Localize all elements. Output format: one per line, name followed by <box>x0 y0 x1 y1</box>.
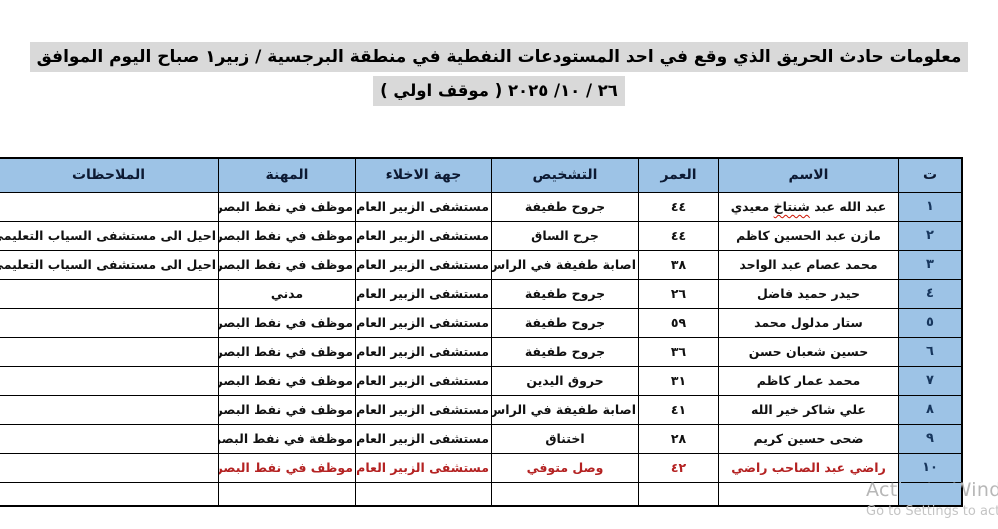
table-row-6: ٦حسين شعبان حسن٣٦جروح طفيفةمستشفى الزبير… <box>0 337 962 366</box>
title-line-2: ٢٦ / ١٠/ ٢٠٢٥ ( موقف اولي ) <box>373 76 625 106</box>
table-row-11 <box>0 482 962 506</box>
table-row-3: ٣محمد عصام عبد الواحد٣٨اصابة طفيفة في ال… <box>0 250 962 279</box>
cell-notes-row-2: احيل الى مستشفى السياب التعليمي <box>0 221 219 250</box>
cell-age-row-9: ٢٨ <box>639 424 719 453</box>
cell-age-row-11 <box>639 482 719 506</box>
column-header-diagnosis: التشخيص <box>492 158 639 192</box>
cell-diagnosis-row-6: جروح طفيفة <box>492 337 639 366</box>
cell-evacuation-row-2: مستشفى الزبير العام <box>356 221 492 250</box>
table-row-8: ٨علي شاكر خير الله٤١اصابة طفيفة في الراس… <box>0 395 962 424</box>
cell-diagnosis-row-11 <box>492 482 639 506</box>
cell-diagnosis-row-7: حروق اليدين <box>492 366 639 395</box>
cell-notes-row-4 <box>0 279 219 308</box>
cell-diagnosis-row-4: جروح طفيفة <box>492 279 639 308</box>
table-row-10: ١٠راضي عبد الصاحب راضي٤٢وصل متوفيمستشفى … <box>0 453 962 482</box>
table-row-2: ٢مازن عبد الحسين كاظم٤٤جرح الساقمستشفى ا… <box>0 221 962 250</box>
cell-profession-row-7: موظف في نفط البصرة <box>219 366 356 395</box>
cell-serial-row-3: ٣ <box>899 250 963 279</box>
table-row-4: ٤حيدر حميد فاضل٢٦جروح طفيفةمستشفى الزبير… <box>0 279 962 308</box>
cell-diagnosis-row-5: جروح طفيفة <box>492 308 639 337</box>
cell-profession-row-1: موظف في نفط البصرة <box>219 192 356 221</box>
table-header: تالاسمالعمرالتشخيصجهة الاخلاءالمهنةالملا… <box>0 158 962 192</box>
table-row-5: ٥ستار مدلول محمد٥٩جروح طفيفةمستشفى الزبي… <box>0 308 962 337</box>
title-line-1: معلومات حادث الحريق الذي وقع في احد المس… <box>30 42 969 72</box>
cell-profession-row-9: موظفة في نفط البصرة <box>219 424 356 453</box>
cell-evacuation-row-4: مستشفى الزبير العام <box>356 279 492 308</box>
cell-evacuation-row-5: مستشفى الزبير العام <box>356 308 492 337</box>
cell-profession-row-11 <box>219 482 356 506</box>
table-body: ١عبد الله عبد شنتاخ معيدي٤٤جروح طفيفةمست… <box>0 192 962 506</box>
cell-serial-row-2: ٢ <box>899 221 963 250</box>
cell-name-row-7: محمد عمار كاظم <box>719 366 899 395</box>
cell-evacuation-row-7: مستشفى الزبير العام <box>356 366 492 395</box>
cell-evacuation-row-11 <box>356 482 492 506</box>
cell-serial-row-9: ٩ <box>899 424 963 453</box>
cell-name-row-2: مازن عبد الحسين كاظم <box>719 221 899 250</box>
cell-age-row-2: ٤٤ <box>639 221 719 250</box>
cell-name-row-11 <box>719 482 899 506</box>
document-page: معلومات حادث الحريق الذي وقع في احد المس… <box>0 0 998 529</box>
cell-serial-row-6: ٦ <box>899 337 963 366</box>
cell-notes-row-8 <box>0 395 219 424</box>
column-header-name: الاسم <box>719 158 899 192</box>
cell-evacuation-row-9: مستشفى الزبير العام <box>356 424 492 453</box>
cell-evacuation-row-6: مستشفى الزبير العام <box>356 337 492 366</box>
cell-diagnosis-row-2: جرح الساق <box>492 221 639 250</box>
cell-notes-row-5 <box>0 308 219 337</box>
column-header-age: العمر <box>639 158 719 192</box>
document-title: معلومات حادث الحريق الذي وقع في احد المس… <box>0 42 998 106</box>
table-row-9: ٩ضحى حسين كريم٢٨اختناقمستشفى الزبير العا… <box>0 424 962 453</box>
cell-profession-row-10: موظف في نفط البصرة <box>219 453 356 482</box>
cell-serial-row-7: ٧ <box>899 366 963 395</box>
cell-name-row-1: عبد الله عبد شنتاخ معيدي <box>719 192 899 221</box>
cell-profession-row-4: مدني <box>219 279 356 308</box>
cell-notes-row-11 <box>0 482 219 506</box>
column-header-profession: المهنة <box>219 158 356 192</box>
cell-diagnosis-row-9: اختناق <box>492 424 639 453</box>
cell-serial-row-10: ١٠ <box>899 453 963 482</box>
cell-notes-row-7 <box>0 366 219 395</box>
cell-diagnosis-row-8: اصابة طفيفة في الراس <box>492 395 639 424</box>
cell-name-row-9: ضحى حسين كريم <box>719 424 899 453</box>
cell-notes-row-1 <box>0 192 219 221</box>
cell-profession-row-8: موظف في نفط البصرة <box>219 395 356 424</box>
cell-name-row-6: حسين شعبان حسن <box>719 337 899 366</box>
header-row: تالاسمالعمرالتشخيصجهة الاخلاءالمهنةالملا… <box>0 158 962 192</box>
cell-diagnosis-row-3: اصابة طفيفة في الراس <box>492 250 639 279</box>
cell-serial-row-11 <box>899 482 963 506</box>
cell-age-row-5: ٥٩ <box>639 308 719 337</box>
misspelled-word: شنتاخ <box>774 199 810 214</box>
cell-age-row-3: ٣٨ <box>639 250 719 279</box>
casualty-table: تالاسمالعمرالتشخيصجهة الاخلاءالمهنةالملا… <box>0 157 963 507</box>
cell-diagnosis-row-10: وصل متوفي <box>492 453 639 482</box>
cell-name-row-4: حيدر حميد فاضل <box>719 279 899 308</box>
cell-age-row-10: ٤٢ <box>639 453 719 482</box>
table-row-7: ٧محمد عمار كاظم٣١حروق اليدينمستشفى الزبي… <box>0 366 962 395</box>
cell-profession-row-2: موظف في نفط البصرة <box>219 221 356 250</box>
column-header-notes: الملاحظات <box>0 158 219 192</box>
cell-age-row-6: ٣٦ <box>639 337 719 366</box>
table-row-1: ١عبد الله عبد شنتاخ معيدي٤٤جروح طفيفةمست… <box>0 192 962 221</box>
cell-serial-row-5: ٥ <box>899 308 963 337</box>
cell-notes-row-6 <box>0 337 219 366</box>
cell-serial-row-1: ١ <box>899 192 963 221</box>
cell-profession-row-6: موظف في نفط البصرة <box>219 337 356 366</box>
cell-serial-row-8: ٨ <box>899 395 963 424</box>
cell-notes-row-10 <box>0 453 219 482</box>
column-header-serial: ت <box>899 158 963 192</box>
cell-profession-row-5: موظف في نفط البصرة <box>219 308 356 337</box>
cell-evacuation-row-3: مستشفى الزبير العام <box>356 250 492 279</box>
cell-name-row-5: ستار مدلول محمد <box>719 308 899 337</box>
cell-profession-row-3: موظف في نفط البصرة <box>219 250 356 279</box>
column-header-evacuation: جهة الاخلاء <box>356 158 492 192</box>
cell-diagnosis-row-1: جروح طفيفة <box>492 192 639 221</box>
cell-notes-row-9 <box>0 424 219 453</box>
cell-name-row-8: علي شاكر خير الله <box>719 395 899 424</box>
cell-evacuation-row-1: مستشفى الزبير العام <box>356 192 492 221</box>
cell-evacuation-row-8: مستشفى الزبير العام <box>356 395 492 424</box>
cell-name-row-3: محمد عصام عبد الواحد <box>719 250 899 279</box>
cell-age-row-1: ٤٤ <box>639 192 719 221</box>
cell-name-row-10: راضي عبد الصاحب راضي <box>719 453 899 482</box>
cell-age-row-4: ٢٦ <box>639 279 719 308</box>
cell-serial-row-4: ٤ <box>899 279 963 308</box>
cell-evacuation-row-10: مستشفى الزبير العام <box>356 453 492 482</box>
cell-notes-row-3: احيل الى مستشفى السياب التعليمي <box>0 250 219 279</box>
cell-age-row-7: ٣١ <box>639 366 719 395</box>
cell-age-row-8: ٤١ <box>639 395 719 424</box>
